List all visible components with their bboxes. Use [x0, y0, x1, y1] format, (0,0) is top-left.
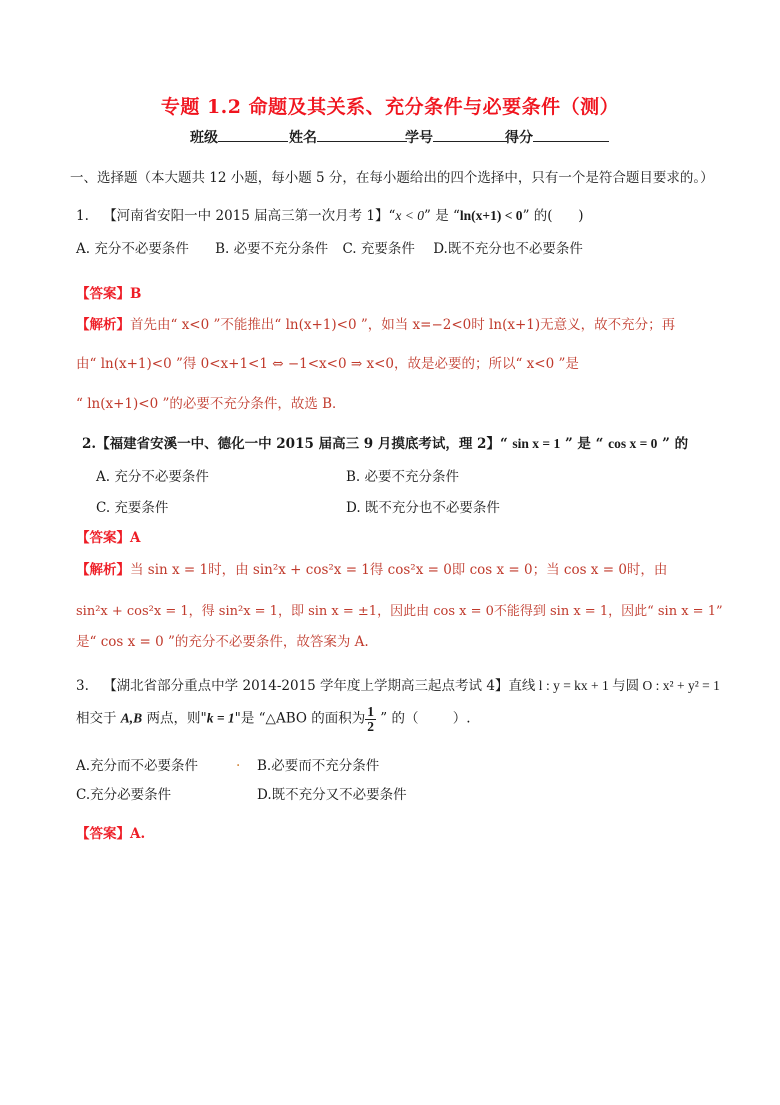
stray-dot: . — [236, 754, 240, 770]
math-expression: ln(x+1) < 0 — [460, 208, 523, 223]
question-number: 2. — [82, 436, 96, 452]
info-field-student-id: 学号 — [405, 127, 507, 147]
answer-value: A — [130, 530, 140, 546]
info-field-name: 姓名 — [289, 127, 407, 147]
question-3-stem-line-1: 3. 【湖北省部分重点中学 2014-2015 学年度上学期高三起点考试 4】直… — [76, 674, 720, 694]
score-blank[interactable] — [533, 129, 609, 142]
option-d[interactable]: D.既不充分也不必要条件 — [433, 241, 583, 257]
question-1-answer: 【答案】B — [76, 282, 141, 302]
question-1-analysis-line-2: 由“ ln(x+1)<0 ”得 0<x+1<1 ⇔ −1<x<0 ⇒ x<0，故… — [76, 352, 579, 372]
question-3-stem-line-2: 相交于 A,B 两点，则"k = 1"是 “△ABO 的面积为12 ” 的（ ）… — [76, 705, 471, 733]
page-title: 专题 1.2 命题及其关系、充分条件与必要条件（测） — [0, 92, 780, 119]
math-expression: cos x = 0 — [608, 436, 657, 451]
info-label: 学号 — [405, 130, 433, 146]
question-1-options: A. 充分不必要条件 B. 必要不充分条件 C. 充要条件 D.既不充分也不必要… — [76, 237, 583, 257]
question-3-answer: 【答案】A. — [76, 822, 145, 842]
info-label: 班级 — [190, 130, 218, 146]
section-heading: 一、选择题（本大题共 12 小题，每小题 5 分，在每小题给出的四个选择中，只有… — [70, 166, 714, 186]
question-1-analysis-line-3: “ ln(x+1)<0 ”的必要不充分条件，故选 B． — [76, 392, 346, 412]
question-2-option-b[interactable]: B. 必要不充分条件 — [346, 465, 459, 485]
question-source: 【湖北省部分重点中学 2014-2015 学年度上学期高三起点考试 4】 — [103, 678, 508, 694]
question-2-analysis-line-3: 是“ cos x = 0 ”的充分不必要条件，故答案为 A. — [76, 630, 369, 650]
question-number: 1. — [76, 208, 89, 224]
fraction-one-half: 12 — [365, 705, 376, 733]
answer-value: B — [130, 286, 141, 302]
answer-label: 【答案】 — [76, 286, 130, 302]
answer-label: 【答案】 — [76, 530, 130, 546]
question-2-option-c[interactable]: C. 充要条件 — [96, 496, 168, 516]
class-blank[interactable] — [218, 129, 288, 142]
info-field-class: 班级 — [190, 127, 288, 147]
answer-value: A. — [130, 826, 145, 842]
option-c[interactable]: C. 充要条件 — [342, 241, 414, 257]
question-2-analysis-line-1: 【解析】当 sin x = 1时，由 sin²x + cos²x = 1得 co… — [76, 558, 667, 578]
analysis-label: 【解析】 — [76, 317, 130, 333]
question-2-stem: 2.【福建省安溪一中、德化一中 2015 届高三 9 月摸底考试，理 2】“ s… — [82, 432, 688, 452]
question-2-answer: 【答案】A — [76, 526, 140, 546]
option-b[interactable]: B. 必要不充分条件 — [215, 241, 328, 257]
question-2-option-a[interactable]: A. 充分不必要条件 — [96, 465, 209, 485]
question-3-option-c[interactable]: C.充分必要条件 — [76, 783, 171, 803]
math-expression: 直线 l : y = kx + 1 与圆 O : x² + y² = 1 — [508, 678, 719, 693]
answer-label: 【答案】 — [76, 826, 130, 842]
option-a[interactable]: A. 充分不必要条件 — [76, 241, 189, 257]
info-field-score: 得分 — [505, 127, 609, 147]
question-source: 【河南省安阳一中 2015 届高三第一次月考 1】 — [103, 208, 388, 224]
question-2-option-d[interactable]: D. 既不充分也不必要条件 — [346, 496, 500, 516]
question-3-option-b[interactable]: B.必要而不充分条件 — [257, 754, 379, 774]
question-1-analysis-line-1: 【解析】首先由“ x<0 ”不能推出“ ln(x+1)<0 ”，如当 x=−2<… — [76, 313, 675, 333]
question-number: 3. — [76, 678, 89, 694]
question-2-analysis-line-2: sin²x + cos²x = 1，得 sin²x = 1，即 sin x = … — [76, 600, 723, 619]
analysis-label: 【解析】 — [76, 562, 130, 578]
info-label: 得分 — [505, 130, 533, 146]
student-id-blank[interactable] — [433, 129, 507, 142]
name-blank[interactable] — [317, 129, 407, 142]
question-3-option-a[interactable]: A.充分而不必要条件 — [76, 754, 198, 774]
question-1-stem: 1. 【河南省安阳一中 2015 届高三第一次月考 1】“x < 0” 是 “l… — [76, 204, 584, 224]
math-expression: sin x = 1 — [512, 436, 560, 451]
math-expression: x < 0 — [395, 208, 424, 223]
info-label: 姓名 — [289, 130, 317, 146]
question-source: 【福建省安溪一中、德化一中 2015 届高三 9 月摸底考试，理 2】 — [96, 436, 500, 452]
question-3-option-d[interactable]: D.既不充分又不必要条件 — [257, 783, 407, 803]
